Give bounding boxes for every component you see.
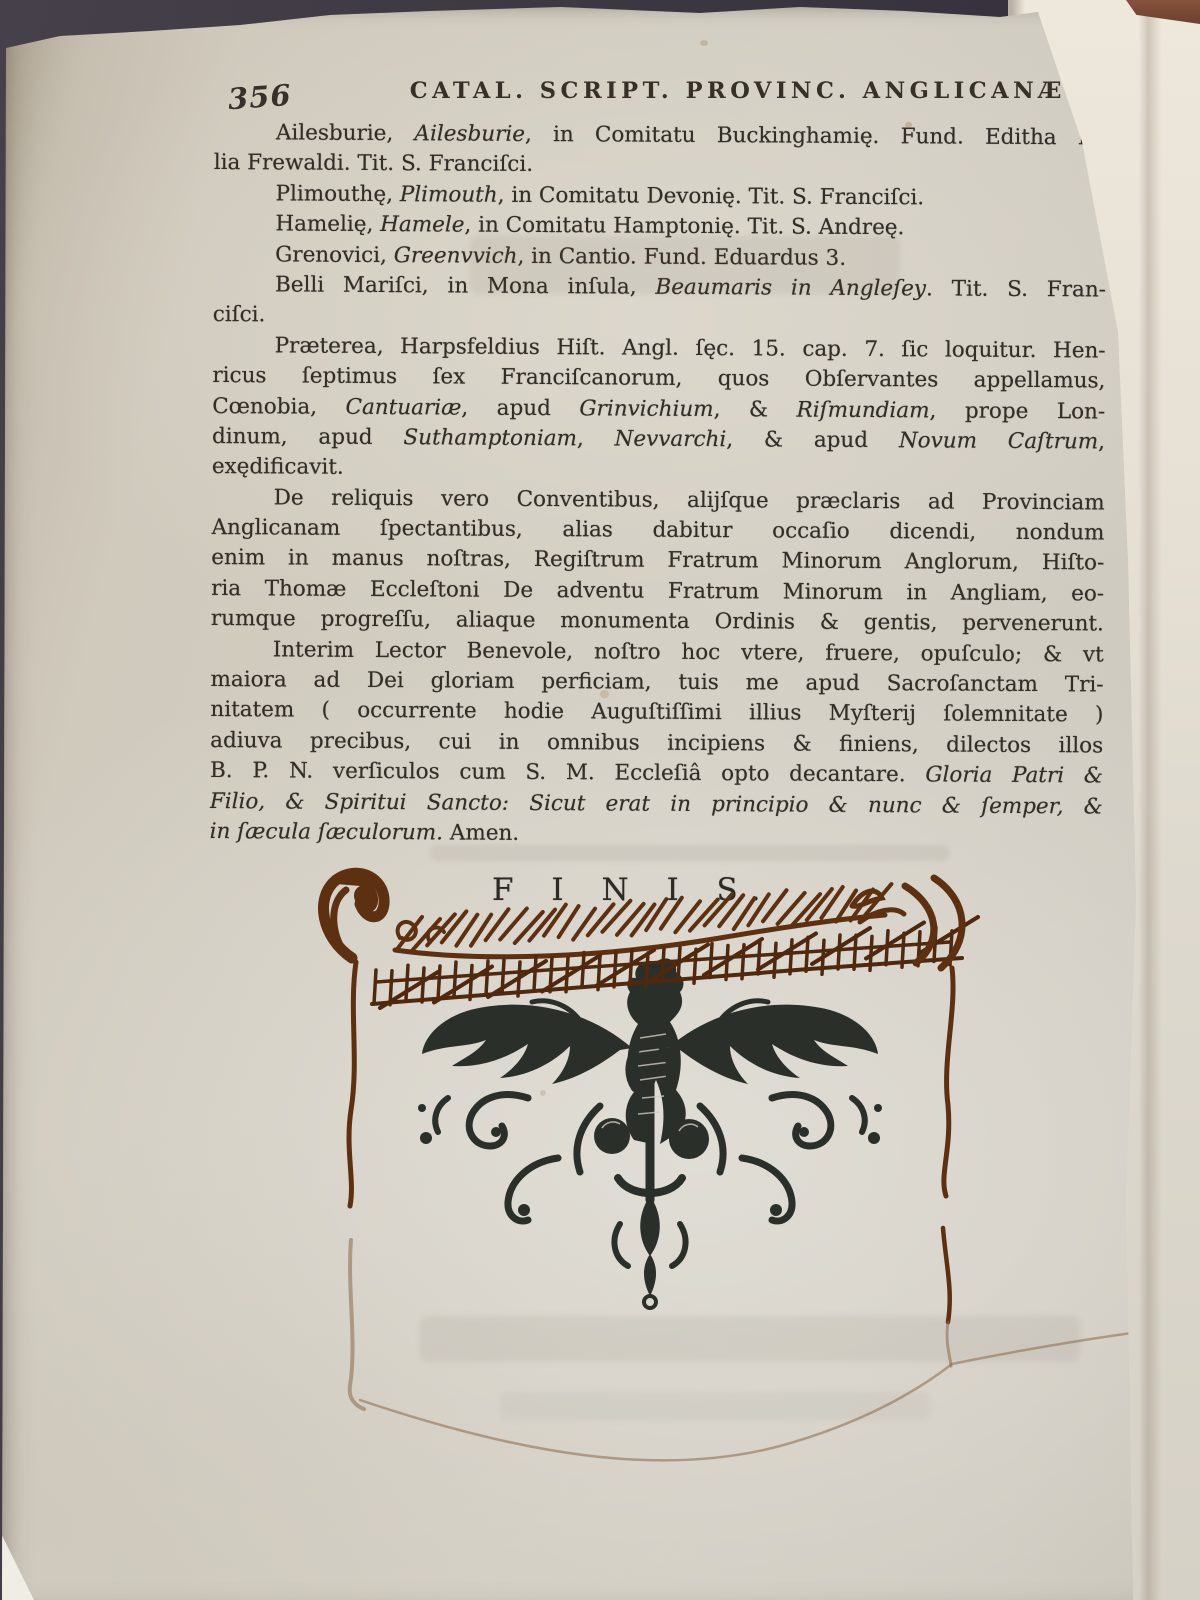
diagonal-hatch-band bbox=[395, 884, 891, 957]
bottom-curved-line bbox=[360, 1332, 1140, 1460]
hand-ink-annotations bbox=[0, 0, 1200, 1600]
book-page: 356 CATAL. SCRIPT. PROVINC. ANGLICANÆ. A… bbox=[0, 0, 1200, 1600]
left-margin-line bbox=[349, 962, 364, 1409]
photo-of-antique-book-page: 356 CATAL. SCRIPT. PROVINC. ANGLICANÆ. A… bbox=[0, 0, 1200, 1600]
ink-blob bbox=[323, 873, 384, 958]
right-margin-line bbox=[943, 968, 953, 1366]
closing-paren-flourish bbox=[852, 878, 962, 968]
